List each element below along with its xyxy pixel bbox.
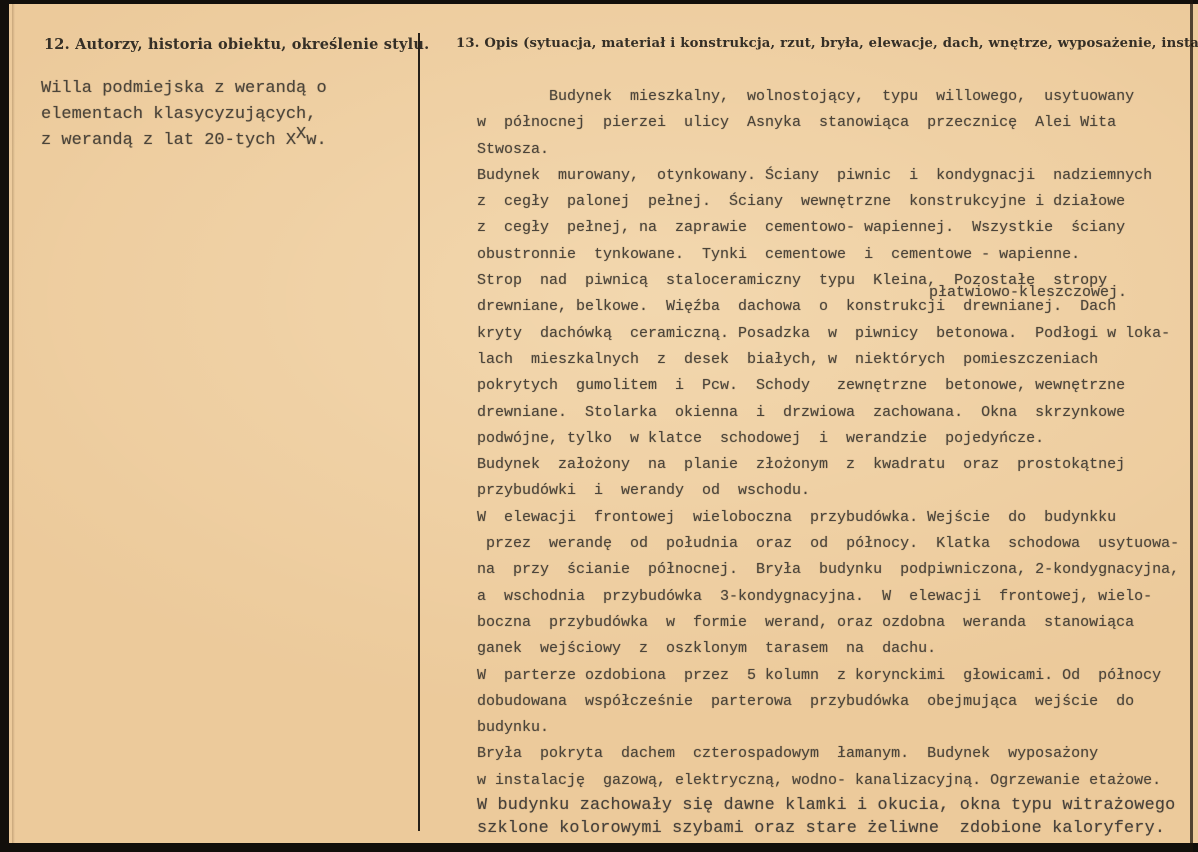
- typewritten-line: Bryła pokryta dachem czterospadowym łama…: [477, 741, 1185, 767]
- section-12-typewritten-text: Willa podmiejska z werandą oelementach k…: [41, 76, 401, 154]
- paper-crease: [12, 0, 15, 852]
- typewritten-line: elementach klasycyzujących,: [41, 102, 401, 128]
- typewritten-line: boczna przybudówka w formie werand, oraz…: [477, 610, 1185, 636]
- typewritten-line: podwójne, tylko w klatce schodowej i wer…: [477, 426, 1185, 452]
- typewritten-line: dobudowana współcześnie parterowa przybu…: [477, 689, 1185, 715]
- scan-edge-top: [0, 0, 1198, 4]
- typewritten-line: Budynek założony na planie złożonym z kw…: [477, 452, 1185, 478]
- raised-character: X: [296, 125, 306, 144]
- scanned-record-card: 12. Autorzy, historia obiektu, określeni…: [0, 0, 1198, 852]
- scan-edge-bottom: [0, 843, 1198, 852]
- section-12-header: 12. Autorzy, historia obiektu, określeni…: [44, 36, 429, 53]
- typewritten-line: przez werandę od południa oraz od północ…: [477, 531, 1185, 557]
- typewritten-line: lach mieszkalnych z desek białych, w nie…: [477, 347, 1185, 373]
- typewritten-line: na przy ścianie północnej. Bryła budynku…: [477, 557, 1185, 583]
- section-13-typewritten-text: Budynek mieszkalny, wolnostojący, typu w…: [477, 84, 1185, 840]
- typewritten-line: drewniane, belkowe. Więźba dachowa o kon…: [477, 294, 1185, 320]
- typewritten-line: budynku.: [477, 715, 1185, 741]
- typewritten-line: w instalację gazową, elektryczną, wodno-…: [477, 768, 1185, 794]
- typewritten-line: z cegły pełnej, na zaprawie cementowo- w…: [477, 215, 1185, 241]
- typewritten-line: drewniane. Stolarka okienna i drzwiowa z…: [477, 400, 1185, 426]
- typewritten-line: w północnej pierzei ulicy Asnyka stanowi…: [477, 110, 1185, 136]
- typewritten-line: Stwosza.: [477, 137, 1185, 163]
- typewritten-line: szklone kolorowymi szybami oraz stare że…: [477, 817, 1185, 840]
- typewritten-line: pokrytych gumolitem i Pcw. Schody zewnęt…: [477, 373, 1185, 399]
- typewritten-line: z werandą z lat 20-tych XXw.: [41, 128, 401, 154]
- typewritten-line: ganek wejściowy z oszklonym tarasem na d…: [477, 636, 1185, 662]
- typewritten-line: Budynek mieszkalny, wolnostojący, typu w…: [477, 84, 1185, 110]
- typewritten-line: Budynek murowany, otynkowany. Ściany piw…: [477, 163, 1185, 189]
- typewritten-line: W budynku zachowały się dawne klamki i o…: [477, 794, 1185, 817]
- scan-edge-left: [0, 0, 9, 852]
- typewritten-line: obustronnie tynkowane. Tynki cementowe i…: [477, 242, 1185, 268]
- scan-edge-right: [1190, 0, 1193, 852]
- typewritten-line: W parterze ozdobiona przez 5 kolumn z ko…: [477, 663, 1185, 689]
- typewritten-line: Willa podmiejska z werandą o: [41, 76, 401, 102]
- typewritten-line: W elewacji frontowej wieloboczna przybud…: [477, 505, 1185, 531]
- section-13-header: 13. Opis (sytuacja, materiał i konstrukc…: [456, 36, 1188, 51]
- typewritten-line: przybudówki i werandy od wschodu.: [477, 478, 1185, 504]
- column-divider-line: [418, 33, 420, 831]
- typewritten-line: kryty dachówką ceramiczną. Posadzka w pi…: [477, 321, 1185, 347]
- typewritten-line: a wschodnia przybudówka 3-kondygnacyjna.…: [477, 584, 1185, 610]
- interline-insertion: płatwiowo-kleszczowej.: [929, 280, 1127, 306]
- typewritten-line: z cegły palonej pełnej. Ściany wewnętrzn…: [477, 189, 1185, 215]
